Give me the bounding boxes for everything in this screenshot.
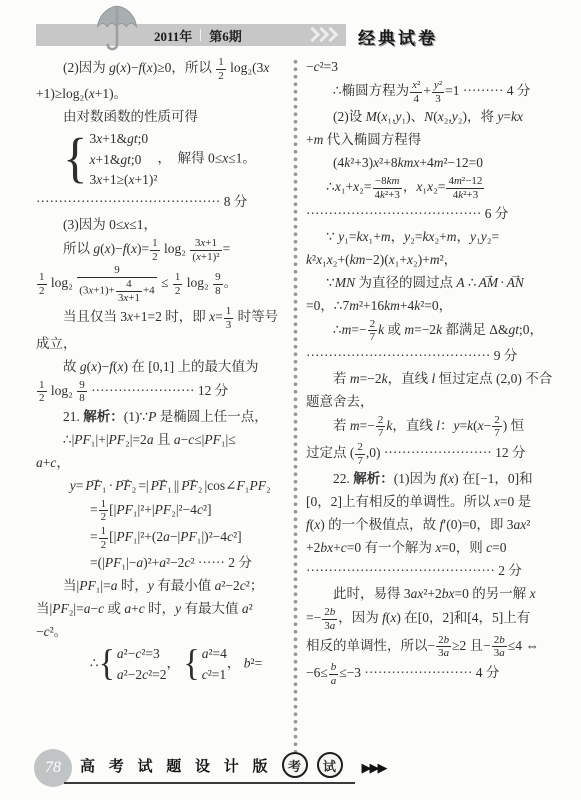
math-line: =12[|PF₁|²+(2a−|PF₁|)²−4c²] <box>36 525 283 551</box>
math-text: f(x) 的一个极值点，故 f′(0)=0，即 3ax² <box>306 517 530 532</box>
math-line: −c²。 <box>36 621 283 643</box>
math-text: [0，2]上有相反的单调性。所以 x=0 是 <box>306 494 531 509</box>
vector: →AN <box>507 272 524 294</box>
math-text: ,0) ························ 12 分 <box>366 445 526 460</box>
bold-text: 解析： <box>83 409 124 424</box>
math-text: k 或 m=−2k 都满足 Δ&gt;0， <box>378 322 543 337</box>
umbrella-icon <box>94 4 140 56</box>
math-line: ∵MN 为直径的圆过点 A ∴→AM·→AN <box>306 272 553 294</box>
math-text: 1 <box>152 237 158 249</box>
math-text: [|PF₁|²+|PF₂|²−4c²] <box>109 502 211 517</box>
math-text: a²−c²=3 <box>117 646 160 661</box>
math-line: ········································… <box>306 560 553 582</box>
math-line: 题意舍去， <box>306 391 553 413</box>
math-text: +4 <box>143 285 155 297</box>
fraction: 27 <box>368 318 378 344</box>
math-text: a <box>331 675 337 687</box>
math-text: −6≤ <box>306 665 328 680</box>
math-text: 3a <box>438 647 449 659</box>
math-line: =(|PF₁|−a)²+a²−2c² ······ 2 分 <box>36 552 283 574</box>
math-line: =−2b3a，因为 f(x) 在[0，2]和[4，5]上有 <box>306 606 553 632</box>
math-text: 2 <box>39 285 45 297</box>
math-text: ········································… <box>36 194 247 209</box>
math-line: −6≤ba≤−3 ························ 4 分 <box>306 661 553 687</box>
math-text: b <box>331 661 337 673</box>
math-text: a²−2c²=2 <box>117 667 167 682</box>
math-text: x+1&gt;0 <box>89 152 141 167</box>
fraction: 27 <box>355 441 365 467</box>
math-text: ∴|PF₁|+|PF₂|=2a 且 a−c≤|PF₁|≤ <box>63 432 236 447</box>
system-row: a²−2c²=2 <box>117 665 167 685</box>
math-text: log₂(3x <box>227 60 270 75</box>
math-text: ········································… <box>306 348 517 363</box>
vector-arrow-icon: → <box>147 468 176 490</box>
math-text: ······················· 12 分 <box>88 383 229 398</box>
issue-separator <box>200 29 201 41</box>
math-line: (3)因为 0≤x≤1， <box>36 214 283 236</box>
math-text: ，因为 f(x) 在[0，2]和[4，5]上有 <box>338 611 530 626</box>
math-line: (4k²+3)x²+8kmx+4m²−12=0 <box>306 152 553 174</box>
fraction: 2b3a <box>322 606 337 632</box>
math-text: = <box>90 502 98 517</box>
math-text: ∴x₁+x₂= <box>326 180 371 195</box>
math-text: 22. <box>333 471 353 486</box>
math-text: 当|PF₁|=a 时，y 有最小值 a²−2c²； <box>63 578 263 593</box>
math-line: 12 log₂ 9(3x+1)+43x+1+4 ≤ 12 log₂ 98。 <box>36 264 283 304</box>
math-line: −c²=3 <box>306 56 553 78</box>
vector-arrow-icon: → <box>504 264 527 286</box>
math-text: 3x+1 <box>118 292 140 304</box>
fraction: 4m²−124k²+3 <box>446 175 484 201</box>
math-text: −c²。 <box>36 624 67 639</box>
vector: →PF₁ <box>85 475 106 497</box>
fraction: 2b3a <box>492 634 507 660</box>
math-text: 若 m=− <box>333 418 375 433</box>
math-text: 当|PF₂|=a−c 或 a+c 时，y 有最大值 a² <box>36 601 253 616</box>
column-divider-ornament <box>292 58 299 752</box>
system-row: x+1&gt;0 <box>89 150 157 170</box>
math-text: +1)≥log₂(x+1)。 <box>36 86 127 101</box>
vector-arrow-icon: → <box>111 468 140 490</box>
math-text: ≤−3 ························ 4 分 <box>339 665 499 680</box>
math-line: +m 代入椭圆方程得 <box>306 129 553 151</box>
equation-system: {a²−c²=3a²−2c²=2 <box>99 644 167 685</box>
math-text: (1)因为 f(x) 在[−1，0]和 <box>394 471 533 486</box>
math-text: c²=1 <box>202 667 226 682</box>
math-text: 8 <box>215 285 221 297</box>
math-line: ······································· … <box>306 203 553 225</box>
math-text: 3 <box>435 93 441 105</box>
math-line: ∴椭圆方程为x²4+y²3=1 ········· 4 分 <box>306 79 553 105</box>
math-line: 由对数函数的性质可得 <box>36 106 283 128</box>
math-text: [|PF₁|²+(2a−|PF₁|)²−4c²] <box>109 529 241 544</box>
math-text: log₂ <box>183 275 212 290</box>
math-text: x² <box>412 79 420 91</box>
math-line: {3x+1&gt;0x+1&gt;03x+1≥(x+1)²， 解得 0≤x≤1。 <box>36 129 283 190</box>
column-right: −c²=3∴椭圆方程为x²4+y²3=1 ········· 4 分(2)设 M… <box>306 56 553 752</box>
math-text: (4k²+3)x²+8kmx+4m²−12=0 <box>333 155 483 170</box>
math-text: 1 <box>101 525 107 537</box>
math-line: 所以 g(x)−f(x)=12 log₂ 3x+1(x+1)²= <box>36 237 283 263</box>
system-row: a²=4 <box>202 644 227 664</box>
fraction: ba <box>329 661 339 687</box>
system-row: c²=1 <box>202 665 227 685</box>
math-text: 9 <box>215 271 221 283</box>
math-line: 此时，易得 3ax²+2bx=0 的另一解 x <box>306 583 553 605</box>
math-line: ∴x₁+x₂=−8km4k²+3，x₁x₂=4m²−124k²+3 <box>306 175 553 201</box>
math-text: 7 <box>378 427 384 439</box>
math-line: [0，2]上有相反的单调性。所以 x=0 是 <box>306 491 553 513</box>
fraction: 27 <box>492 414 502 440</box>
math-text: 时等号 <box>234 309 278 324</box>
math-line: ········································… <box>306 345 553 367</box>
math-text: ≤4 ⇔ <box>508 638 539 653</box>
math-text: 。 <box>224 275 238 290</box>
math-text: 2 <box>101 539 107 551</box>
math-line: 若 m=−2k，直线 l 恒过定点 (2,0) 不合 <box>306 368 553 390</box>
math-text: (2)因为 g(x)−f(x)≥0，所以 <box>63 60 215 75</box>
fraction: 12 <box>37 379 47 405</box>
math-text: ∴ <box>90 656 99 671</box>
math-text: ≥2 且− <box>452 638 491 653</box>
math-line: +1)≥log₂(x+1)。 <box>36 83 283 105</box>
math-text: 3a <box>494 647 505 659</box>
issue-year: 2011年 <box>154 26 192 45</box>
math-text: 3 <box>226 319 232 331</box>
math-line: +2bx+c=0 有一个解为 x=0，则 c=0 <box>306 537 553 559</box>
math-text: 2 <box>494 414 500 426</box>
math-text: 若 m=−2k，直线 l 恒过定点 (2,0) 不合 <box>333 371 552 386</box>
math-line: 若 m=−27k，直线 l：y=k(x−27) 恒 <box>306 414 553 440</box>
math-text: 1 <box>101 498 107 510</box>
math-text: 所以 g(x)−f(x)= <box>63 241 149 256</box>
math-text: 4k²+3 <box>453 189 478 201</box>
math-line: f(x) 的一个极值点，故 f′(0)=0，即 3ax² <box>306 514 553 536</box>
math-text: =0，∴7m²+16km+4k²=0， <box>306 298 452 313</box>
math-text: ，x₁x₂= <box>403 180 446 195</box>
system-row: 3x+1≥(x+1)² <box>89 170 157 190</box>
vector: →PF₂ <box>115 475 136 497</box>
math-text: k，直线 l：y=k(x− <box>386 418 491 433</box>
math-line: (2)因为 g(x)−f(x)≥0，所以 12 log₂(3x <box>36 56 283 82</box>
magazine-logo: 经典试卷 <box>358 24 438 49</box>
math-text: 8 <box>79 392 85 404</box>
issue-bar: 2011年 第6期 <box>36 24 346 46</box>
math-text: 7 <box>494 427 500 439</box>
fraction: 98 <box>213 271 223 297</box>
math-text: 2 <box>175 285 181 297</box>
math-text: 7 <box>357 455 363 467</box>
math-line: 过定点 (27,0) ························ 12 分 <box>306 441 553 467</box>
system-row: a²−c²=3 <box>117 644 167 664</box>
math-text: 1 <box>39 271 45 283</box>
math-text: ······································· … <box>306 206 508 221</box>
math-text: ∴m=− <box>333 322 367 337</box>
math-text: ， 解得 0≤x≤1。 <box>157 151 255 166</box>
fraction: 43x+1 <box>116 278 142 304</box>
math-text: (2)设 M(x₁,y₁)、N(x₂,y₂)，将 y=kx <box>333 109 523 124</box>
math-line: 故 g(x)−f(x) 在 [0,1] 上的最大值为 <box>36 356 283 378</box>
math-line: 当且仅当 3x+1=2 时，即 x=13 时等号 <box>36 305 283 331</box>
issue-number: 第6期 <box>209 26 242 45</box>
math-text: −c²=3 <box>306 59 338 74</box>
math-line: ∴|PF₁|+|PF₂|=2a 且 a−c≤|PF₁|≤ <box>36 429 283 451</box>
math-text: = <box>223 241 231 256</box>
fraction: 12 <box>99 525 109 551</box>
math-text: 1 <box>39 379 45 391</box>
math-text: 成立， <box>36 336 77 351</box>
footer-arrows-icon: ▶▶▶ <box>362 760 386 776</box>
math-text: ) 恒 <box>503 418 524 433</box>
math-text: log₂ <box>48 383 77 398</box>
math-text: 由对数函数的性质可得 <box>63 109 198 124</box>
math-text: 故 g(x)−f(x) 在 [0,1] 上的最大值为 <box>63 359 259 374</box>
math-line: 12 log₂ 98 ······················· 12 分 <box>36 379 283 405</box>
math-text: 3x+1&gt;0 <box>89 131 148 146</box>
math-text: 9 <box>79 379 85 391</box>
math-line: ∵ y₁=kx₁+m，y₂=kx₂+m，y₁y₂= <box>306 226 553 248</box>
page-footer: 78 高 考 试 题 设 计 版 考 试 ▶▶▶ <box>34 748 551 788</box>
math-text: 2 <box>357 441 363 453</box>
math-text: 21. <box>63 409 83 424</box>
fraction: x²4 <box>410 79 422 105</box>
math-text: 2 <box>378 414 384 426</box>
math-line: 21. 解析：(1)∵P 是椭圆上任一点， <box>36 406 283 428</box>
bold-text: 解析： <box>353 471 394 486</box>
math-text: =− <box>306 611 321 626</box>
math-text: 2 <box>39 392 45 404</box>
math-line: =12[|PF₁|²+|PF₂|²−4c²] <box>36 498 283 524</box>
footer-title: 高 考 试 题 设 计 版 <box>80 755 273 776</box>
footer-band: 高 考 试 题 设 计 版 考 试 <box>64 752 355 784</box>
math-text: 2 <box>370 318 376 330</box>
math-text: + <box>423 83 431 98</box>
column-left: (2)因为 g(x)−f(x)≥0，所以 12 log₂(3x+1)≥log₂(… <box>36 56 283 752</box>
math-text: 7 <box>370 331 376 343</box>
math-line: ········································… <box>36 191 283 213</box>
seal-shi-icon: 试 <box>317 752 343 778</box>
vector-arrow-icon: → <box>178 468 207 490</box>
math-text: k²x₁x₂+(km−2)(x₁+x₂)+m²， <box>306 252 457 267</box>
fraction: 12 <box>99 498 109 524</box>
math-text: −8km <box>375 175 400 187</box>
system-row: 3x+1&gt;0 <box>89 129 157 149</box>
math-text: 过定点 ( <box>306 445 354 460</box>
fraction: 3x+1(x+1)² <box>190 237 221 263</box>
scanned-exam-page: 2011年 第6期 经典试卷 (2)因为 g(x)−f(x)≥0，所以 12 l… <box>0 0 581 800</box>
math-text: 2 <box>152 251 158 263</box>
math-text: 1 <box>218 56 224 68</box>
vector: →PF₁ <box>151 475 172 497</box>
math-text: 4 <box>126 278 132 290</box>
math-text: 2 <box>101 511 107 523</box>
math-text: y² <box>434 79 442 91</box>
math-line: 当|PF₂|=a−c 或 a+c 时，y 有最大值 a² <box>36 598 283 620</box>
math-text: a²=4 <box>202 646 227 661</box>
fraction: 2b3a <box>436 634 451 660</box>
brace-icon: { <box>183 649 199 680</box>
math-text: 当且仅当 3x+1=2 时，即 x= <box>63 309 223 324</box>
page-header: 2011年 第6期 经典试卷 <box>36 18 551 52</box>
math-text: (3)因为 0≤x≤1， <box>63 217 157 232</box>
math-text: 1 <box>226 305 232 317</box>
math-text: 相反的单调性，所以− <box>306 638 435 653</box>
brace-icon: { <box>63 136 87 183</box>
math-text: = <box>90 529 98 544</box>
brace-icon: { <box>99 649 115 680</box>
math-text: 此时，易得 3ax²+2bx=0 的另一解 x <box>333 586 536 601</box>
math-text: =(|PF₁|−a)²+a²−2c² ······ 2 分 <box>90 555 252 570</box>
fraction: 98 <box>77 379 87 405</box>
fraction: 12 <box>37 271 47 297</box>
math-text: 3x+1 <box>195 237 217 249</box>
chevrons-icon <box>309 29 336 40</box>
math-text: 3x+1≥(x+1)² <box>89 172 157 187</box>
math-text: ∴椭圆方程为 <box>333 83 409 98</box>
issue-text: 2011年 第6期 <box>154 26 242 45</box>
math-text: +2bx+c=0 有一个解为 x=0，则 c=0 <box>306 540 507 555</box>
math-text: 4 <box>413 93 419 105</box>
math-text: 1 <box>175 271 181 283</box>
math-text: ， b²= <box>227 656 262 671</box>
equation-system: {a²=4c²=1 <box>183 644 227 685</box>
vector: →AM <box>479 272 499 294</box>
math-text: 9 <box>114 264 120 276</box>
math-text: 题意舍去， <box>306 394 374 409</box>
math-text: ∵ y₁=kx₁+m，y₂=kx₂+m，y₁y₂= <box>326 229 499 244</box>
chevron-icon <box>323 27 339 43</box>
math-text: log₂ <box>161 241 190 256</box>
math-text: |cos∠F₁PF₂ <box>204 478 270 493</box>
math-text: 4m²−12 <box>448 175 482 187</box>
seal-kao-icon: 考 <box>282 752 308 778</box>
math-text: 4k²+3 <box>375 189 400 201</box>
fraction: 12 <box>150 237 160 263</box>
math-text: ≤ <box>158 275 172 290</box>
vector-arrow-icon: → <box>82 468 111 490</box>
math-text: =1 ········· 4 分 <box>445 83 530 98</box>
fraction: 13 <box>224 305 234 331</box>
math-text: ········································… <box>306 563 522 578</box>
math-text: 2 <box>218 70 224 82</box>
math-line: ∴{a²−c²=3a²−2c²=2， {a²=4c²=1， b²= <box>36 644 283 685</box>
fraction: 12 <box>173 271 183 297</box>
math-text: 2b <box>324 606 335 618</box>
fraction: 9(3x+1)+43x+1+4 <box>77 264 156 304</box>
math-line: (2)设 M(x₁,y₁)、N(x₂,y₂)，将 y=kx <box>306 106 553 128</box>
math-line: 22. 解析：(1)因为 f(x) 在[−1，0]和 <box>306 468 553 490</box>
page-body: (2)因为 g(x)−f(x)≥0，所以 12 log₂(3x+1)≥log₂(… <box>36 56 553 752</box>
math-text: (x+1)² <box>192 251 219 263</box>
math-text: (1)∵P 是椭圆上任一点， <box>124 409 268 424</box>
math-line: y=→PF₁·→PF₂=|→PF₁||→PF₂|cos∠F₁PF₂ <box>36 475 283 497</box>
math-text: +m 代入椭圆方程得 <box>306 132 421 147</box>
math-line: ∴m=−27k 或 m=−2k 都满足 Δ&gt;0， <box>306 318 553 344</box>
fraction: 27 <box>376 414 386 440</box>
math-line: 相反的单调性，所以−2b3a≥2 且−2b3a≤4 ⇔ <box>306 634 553 660</box>
math-text: 3a <box>324 620 335 632</box>
fraction: y²3 <box>432 79 444 105</box>
math-text: 2b <box>494 634 505 646</box>
math-line: =0，∴7m²+16km+4k²=0， <box>306 295 553 317</box>
math-text: ∵MN 为直径的圆过点 A ∴ <box>326 275 476 290</box>
math-text: ， <box>167 656 184 671</box>
vector-arrow-icon: → <box>475 264 501 286</box>
math-text: a+c， <box>36 455 70 470</box>
math-line: 当|PF₁|=a 时，y 有最小值 a²−2c²； <box>36 575 283 597</box>
fraction: −8km4k²+3 <box>373 175 402 201</box>
math-text: log₂ <box>48 275 77 290</box>
fraction: 12 <box>216 56 226 82</box>
equation-system: {3x+1&gt;0x+1&gt;03x+1≥(x+1)² <box>63 129 157 190</box>
math-text: 2b <box>438 634 449 646</box>
math-line: 成立， <box>36 333 283 355</box>
vector: →PF₂ <box>181 475 202 497</box>
math-text: (3x+1)+ <box>79 285 115 297</box>
